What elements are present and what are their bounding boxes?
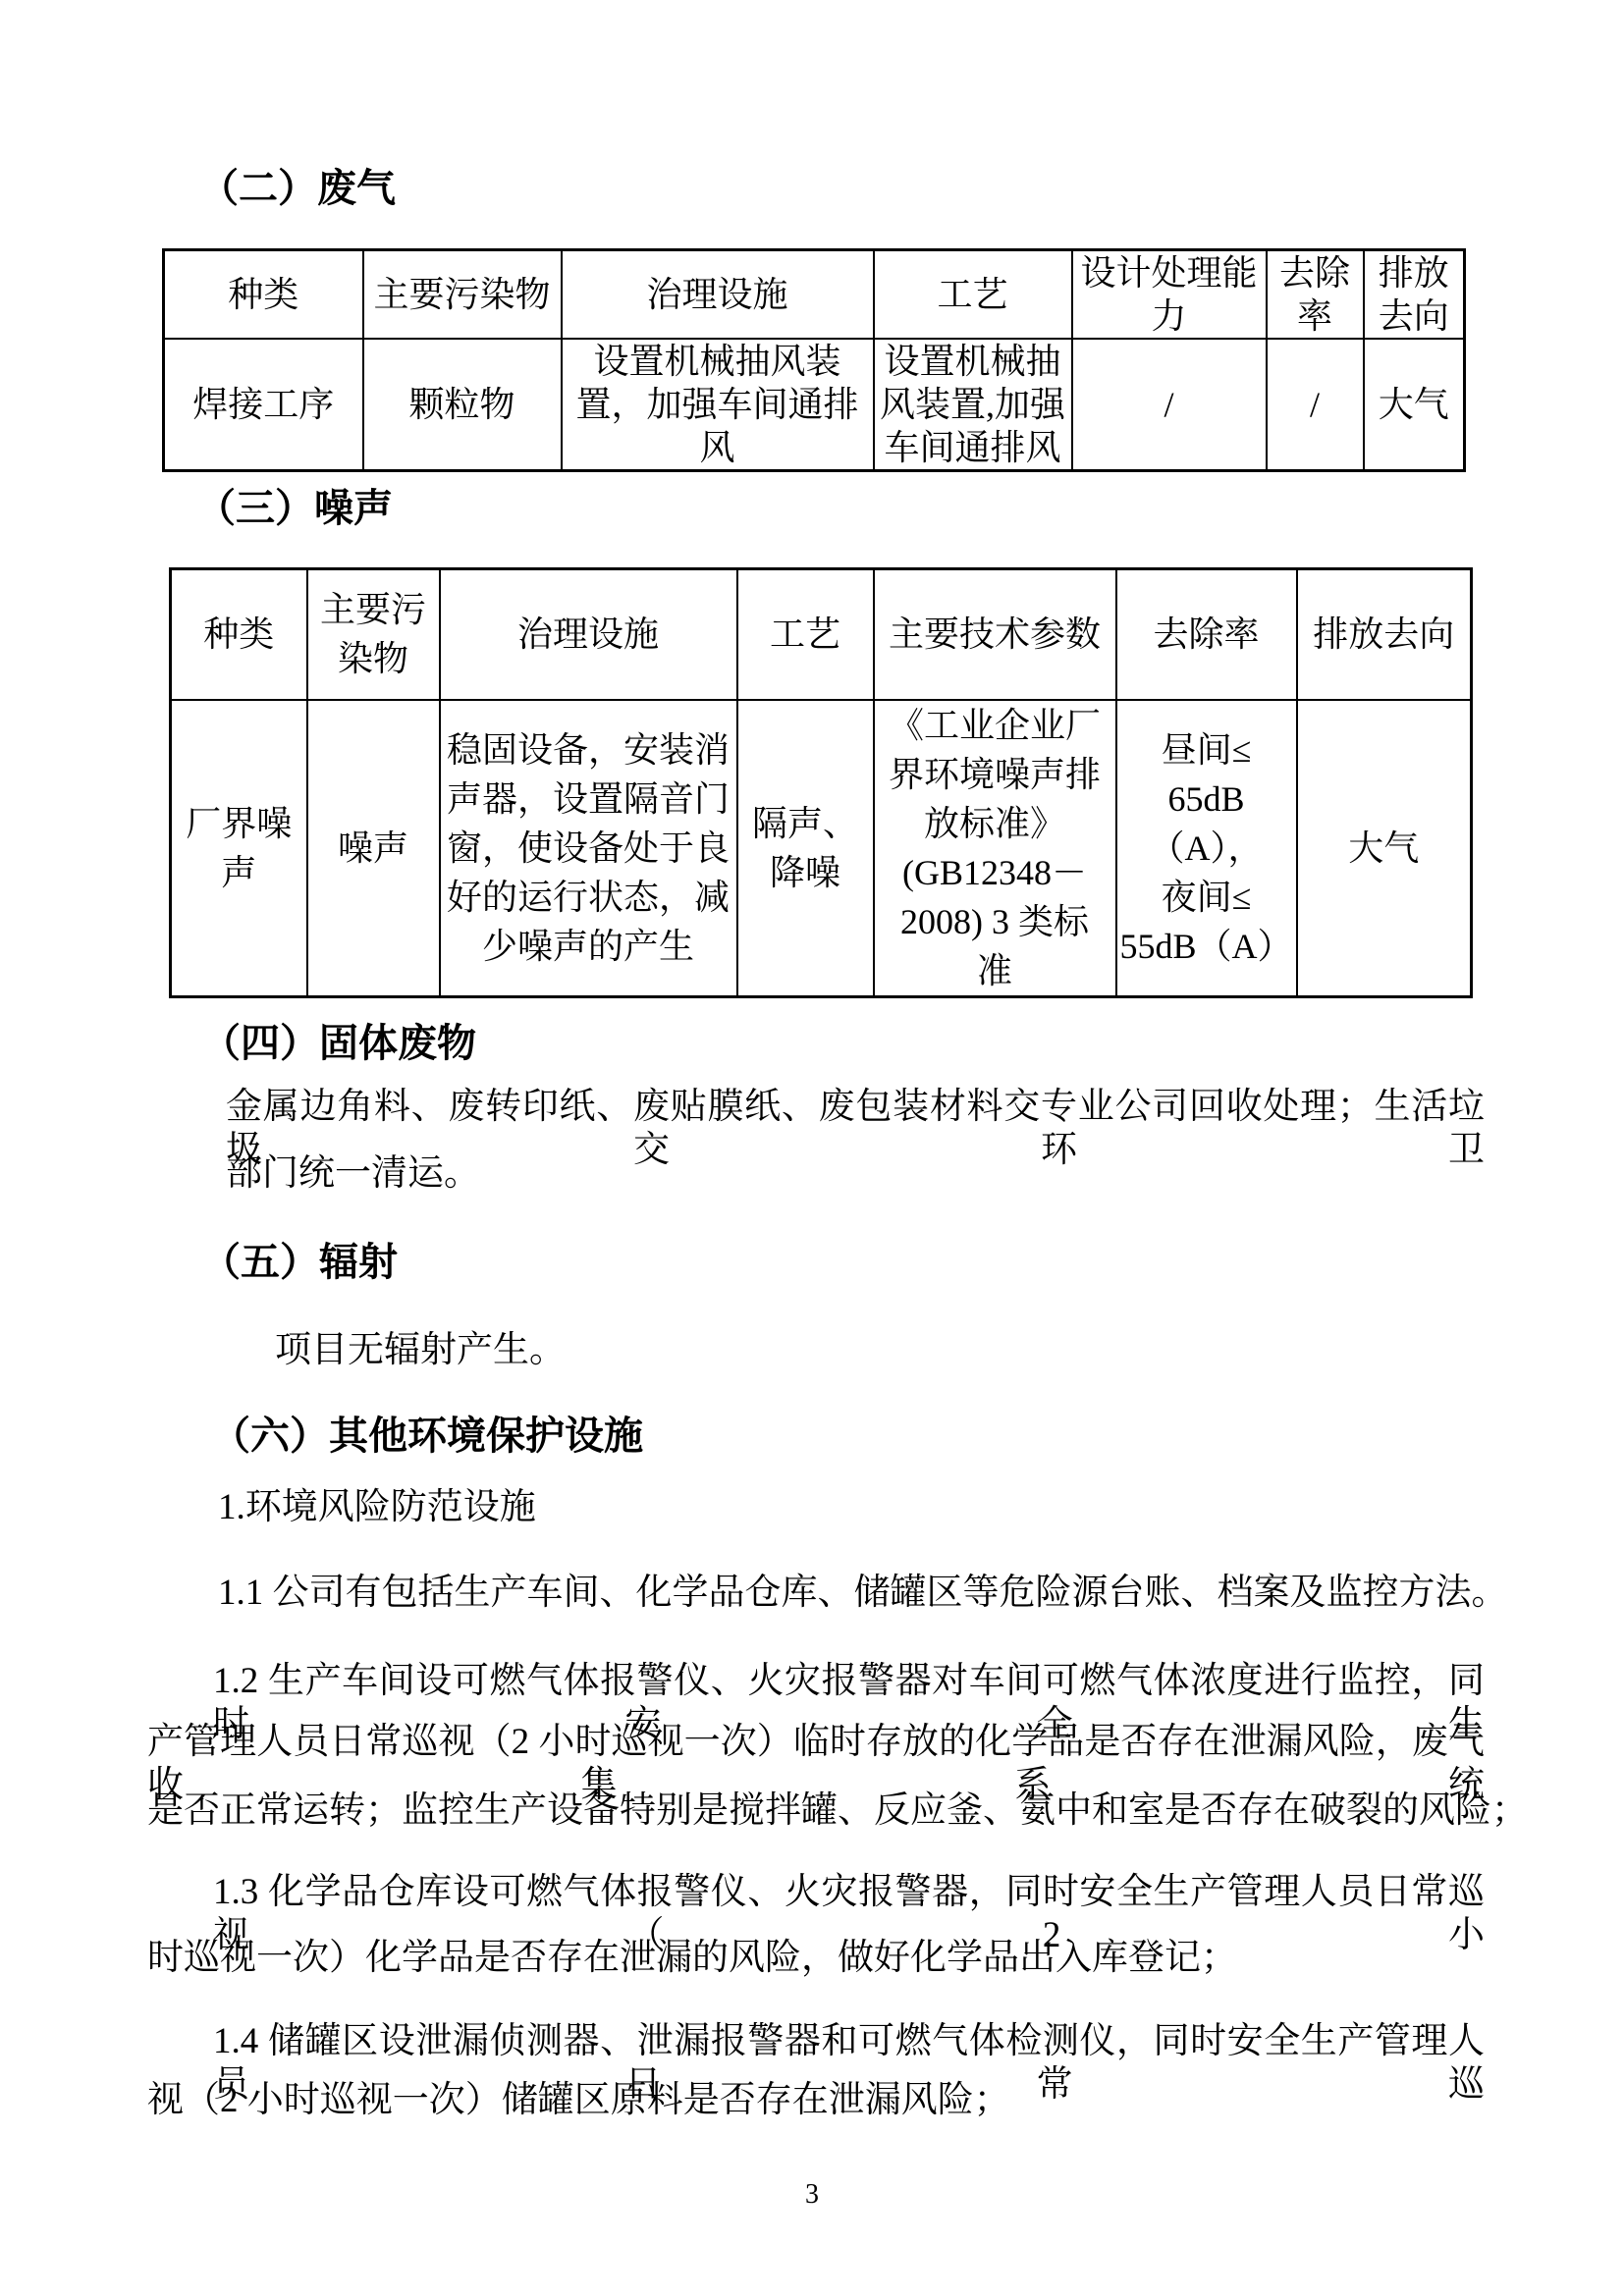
cell-discharge-destination: 大气 [1297,700,1472,997]
header-process: 工艺 [874,250,1072,340]
waste-gas-data-row: 焊接工序 颗粒物 设置机械抽风装 置，加强车间通排 风 设置机械抽 风装置,加强… [164,339,1465,471]
item-1-heading: 1.环境风险防范设施 [218,1486,536,1529]
header-process: 工艺 [737,569,874,700]
cell-process: 设置机械抽 风装置,加强 车间通排风 [874,339,1072,471]
header-treatment-facility: 治理设施 [562,250,874,340]
waste-gas-table: 种类 主要污染物 治理设施 工艺 设计处理能 力 去除 率 排放 去向 焊接工序… [162,248,1466,472]
cell-main-pollutant: 噪声 [307,700,440,997]
cell-species: 厂界噪 声 [171,700,307,997]
cell-main-pollutant: 颗粒物 [363,339,562,471]
header-species: 种类 [171,569,307,700]
section-title-noise: （三）噪声 [196,487,393,530]
cell-species: 焊接工序 [164,339,363,471]
header-removal-rate: 去除率 [1116,569,1297,700]
item-1-2-line-3: 是否正常运转；监控生产设备特别是搅拌罐、反应釜、氨中和室是否存在破裂的风险； [147,1789,1528,1833]
noise-data-row: 厂界噪 声 噪声 稳固设备，安装消 声器，设置隔音门 窗，使设备处于良 好的运行… [171,700,1472,997]
cell-removal-rate: / [1267,339,1364,471]
header-species: 种类 [164,250,363,340]
section-title-radiation: （五）辐射 [201,1241,398,1284]
cell-design-capacity: / [1072,339,1267,471]
cell-removal-rate: 昼间≤ 65dB（A）， 夜间≤ 55dB（A） [1116,700,1297,997]
cell-technical-parameters: 《工业企业厂 界环境噪声排 放标准》 (GB12348－ 2008) 3 类标 … [874,700,1116,997]
header-discharge-destination: 排放 去向 [1364,250,1465,340]
waste-gas-header-row: 种类 主要污染物 治理设施 工艺 设计处理能 力 去除 率 排放 去向 [164,250,1465,340]
item-1-3-line-2: 时巡视一次）化学品是否存在泄漏的风险，做好化学品出入库登记； [147,1937,1237,1980]
solid-waste-line-2: 部门统一清运。 [226,1152,480,1196]
header-treatment-facility: 治理设施 [440,569,737,700]
radiation-body: 项目无辐射产生。 [275,1329,566,1372]
item-1-1-line: 1.1 公司有包括生产车间、化学品仓库、储罐区等危险源台账、档案及监控方法。 [218,1572,1508,1615]
document-page: { "page": { "number": "3" }, "colors": {… [0,0,1624,2296]
cell-treatment-facility: 稳固设备，安装消 声器，设置隔音门 窗，使设备处于良 好的运行状态，减 少噪声的… [440,700,737,997]
header-removal-rate: 去除 率 [1267,250,1364,340]
section-title-solid-waste: （四）固体废物 [201,1022,476,1065]
header-main-pollutant: 主要污 染物 [307,569,440,700]
cell-discharge-destination: 大气 [1364,339,1465,471]
noise-header-row: 种类 主要污 染物 治理设施 工艺 主要技术参数 去除率 排放去向 [171,569,1472,700]
header-design-capacity: 设计处理能 力 [1072,250,1267,340]
page-number: 3 [0,2179,1624,2211]
item-1-4-line-2: 视（2 小时巡视一次）储罐区原料是否存在泄漏风险； [147,2079,1010,2122]
header-discharge-destination: 排放去向 [1297,569,1472,700]
section-title-other-protection: （六）其他环境保护设施 [211,1415,643,1458]
cell-treatment-facility: 设置机械抽风装 置，加强车间通排 风 [562,339,874,471]
section-title-waste-gas: （二）废气 [199,167,396,210]
cell-process: 隔声、 降噪 [737,700,874,997]
header-main-pollutant: 主要污染物 [363,250,562,340]
header-technical-parameters: 主要技术参数 [874,569,1116,700]
noise-table: 种类 主要污 染物 治理设施 工艺 主要技术参数 去除率 排放去向 厂界噪 声 … [169,567,1473,998]
